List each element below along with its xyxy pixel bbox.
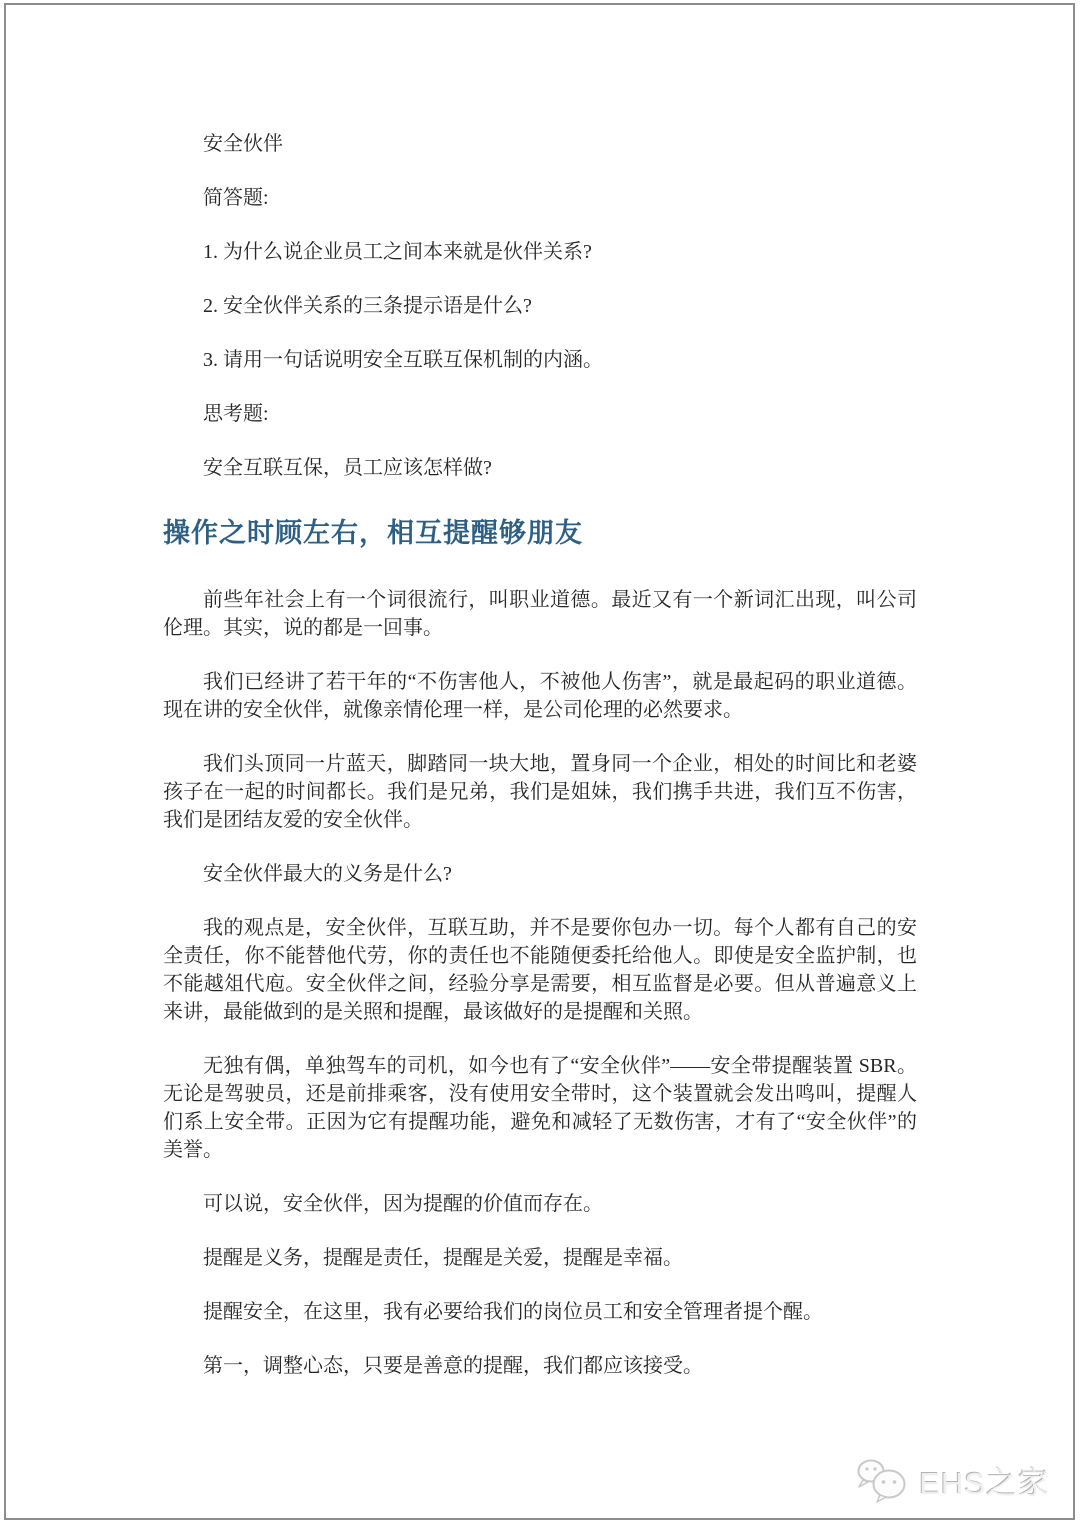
paragraph: 我的观点是，安全伙伴，互联互助，并不是要你包办一切。每个人都有自己的安全责任，你… [163, 914, 917, 1026]
paragraph: 无独有偶，单独驾车的司机，如今也有了“安全伙伴”——安全带提醒装置 SBR。无论… [163, 1052, 917, 1164]
watermark-text: EHS之家 [919, 1458, 1050, 1503]
paragraph: 提醒是义务，提醒是责任，提醒是关爱，提醒是幸福。 [163, 1244, 917, 1272]
question-section: 安全伙伴 简答题: 1. 为什么说企业员工之间本来就是伙伴关系? 2. 安全伙伴… [163, 130, 917, 482]
section-body: 前些年社会上有一个词很流行，叫职业道德。最近又有一个新词汇出现，叫公司伦理。其实… [163, 586, 917, 1380]
thinking-question: 安全互联互保，员工应该怎样做? [163, 454, 917, 482]
paragraph: 我们已经讲了若干年的“不伤害他人，不被他人伤害”，就是最起码的职业道德。现在讲的… [163, 668, 917, 724]
chapter-title: 安全伙伴 [163, 130, 917, 158]
thinking-question-label: 思考题: [163, 400, 917, 428]
document-content: 安全伙伴 简答题: 1. 为什么说企业员工之间本来就是伙伴关系? 2. 安全伙伴… [163, 130, 917, 1406]
question-2: 2. 安全伙伴关系的三条提示语是什么? [163, 292, 917, 320]
paragraph: 提醒安全，在这里，我有必要给我们的岗位员工和安全管理者提个醒。 [163, 1298, 917, 1326]
question-3: 3. 请用一句话说明安全互联互保机制的内涵。 [163, 346, 917, 374]
section-heading: 操作之时顾左右，相互提醒够朋友 [163, 513, 917, 553]
paragraph: 第一，调整心态，只要是善意的提醒，我们都应该接受。 [163, 1352, 917, 1380]
paragraph: 安全伙伴最大的义务是什么? [163, 860, 917, 888]
watermark: EHS之家 [855, 1457, 1050, 1503]
wechat-icon [855, 1457, 909, 1503]
question-1: 1. 为什么说企业员工之间本来就是伙伴关系? [163, 238, 917, 266]
short-answer-label: 简答题: [163, 184, 917, 212]
paragraph: 我们头顶同一片蓝天，脚踏同一块大地，置身同一个企业，相处的时间比和老婆孩子在一起… [163, 750, 917, 834]
paragraph: 可以说，安全伙伴，因为提醒的价值而存在。 [163, 1190, 917, 1218]
paragraph: 前些年社会上有一个词很流行，叫职业道德。最近又有一个新词汇出现，叫公司伦理。其实… [163, 586, 917, 642]
